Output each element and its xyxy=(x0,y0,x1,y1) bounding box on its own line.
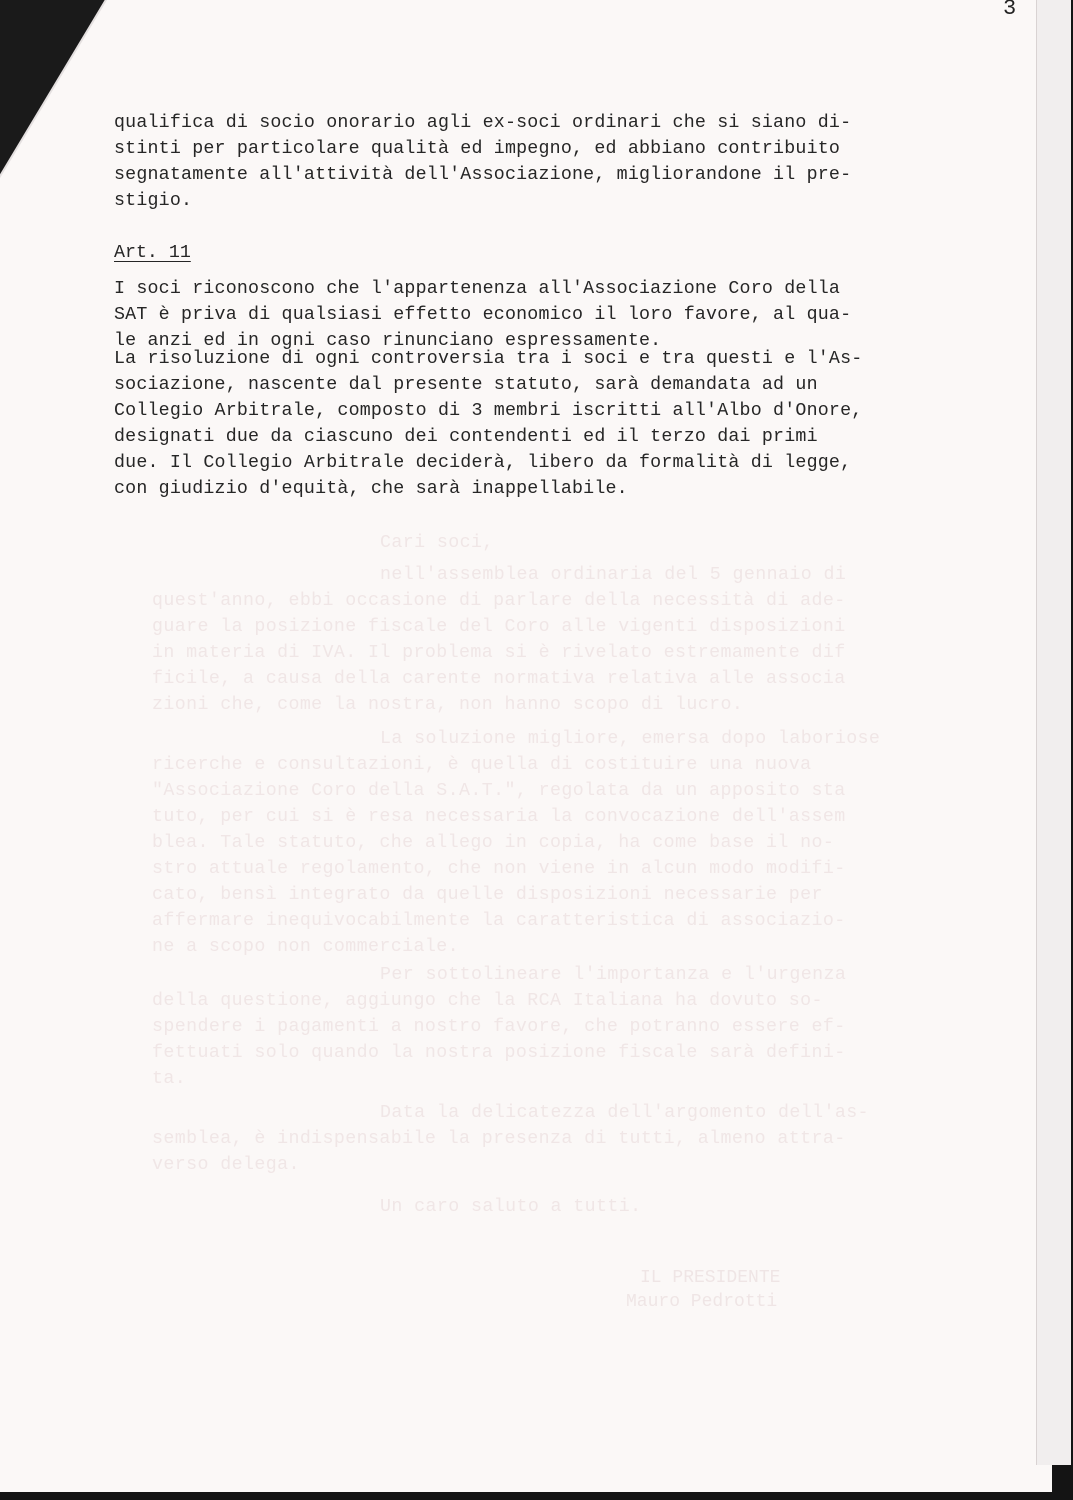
show-through-para-4: semblea, è indispensabile la presenza di… xyxy=(152,1126,1012,1178)
show-through-para-1-first: nell'assemblea ordinaria del 5 gennaio d… xyxy=(380,562,1073,588)
show-through-closing: Un caro saluto a tutti. xyxy=(380,1194,1073,1220)
show-through-para-2: ricerche e consultazioni, è quella di co… xyxy=(152,752,1012,960)
show-through-signature-name: Mauro Pedrotti xyxy=(626,1290,777,1314)
article-paragraph-1: I soci riconoscono che l'appartenenza al… xyxy=(114,276,974,354)
show-through-para-4-first: Data la delicatezza dell'argomento dell'… xyxy=(380,1100,1073,1126)
article-heading: Art. 11 xyxy=(114,240,191,266)
show-through-para-1: quest'anno, ebbi occasione di parlare de… xyxy=(152,588,1012,718)
show-through-para-3: della questione, aggiungo che la RCA Ita… xyxy=(152,988,1012,1092)
show-through-signature-title: IL PRESIDENTE xyxy=(640,1266,780,1290)
page-number: 3 xyxy=(1003,0,1016,21)
show-through-para-2-first: La soluzione migliore, emersa dopo labor… xyxy=(380,726,1073,752)
show-through-greeting: Cari soci, xyxy=(380,530,1073,556)
show-through-para-3-first: Per sottolineare l'importanza e l'urgenz… xyxy=(380,962,1073,988)
intro-paragraph: qualifica di socio onorario agli ex-soci… xyxy=(114,110,974,214)
article-paragraph-2: La risoluzione di ogni controversia tra … xyxy=(114,346,974,502)
